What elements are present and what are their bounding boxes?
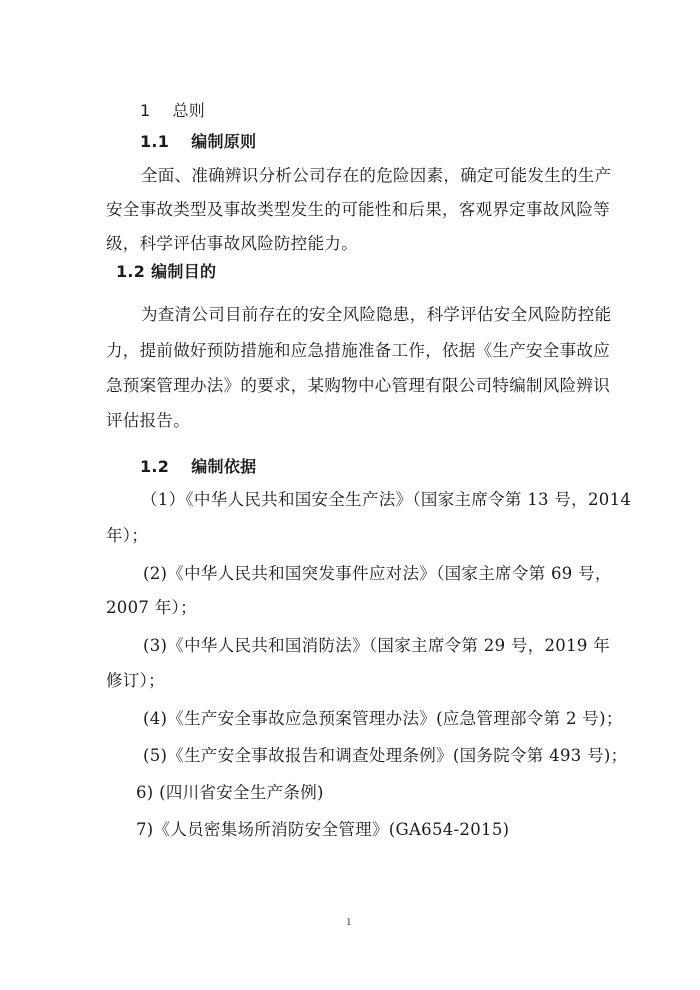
paragraph-line: 级，科学评估事故风险防控能力。 xyxy=(106,234,358,254)
section-number: 1.1 xyxy=(140,132,169,151)
section-number: 1 xyxy=(140,101,150,120)
basis-item-line: 修订）； xyxy=(106,671,165,691)
section-title: 编制目的 xyxy=(151,262,216,281)
paragraph-line: 为查清公司目前存在的安全风险隐患，科学评估安全风险防控能 xyxy=(141,305,611,325)
document-page: 1总则 1.1编制原则 全面、准确辨识分析公司存在的危险因素，确定可能发生的生产… xyxy=(0,0,700,990)
paragraph-line: 评估报告。 xyxy=(106,411,190,431)
section-heading-1-2-purpose: 1.2 编制目的 xyxy=(116,262,216,282)
section-title: 总则 xyxy=(172,101,205,120)
paragraph-line: 急预案管理办法》的要求，某购物中心管理有限公司特编制风险辨识 xyxy=(106,376,610,396)
basis-item-line: （1）《中华人民共和国安全生产法》（国家主席令第 13 号，2014 xyxy=(141,490,631,510)
paragraph-line: 力，提前做好预防措施和应急措施准备工作，依据《生产安全事故应 xyxy=(106,341,610,361)
basis-item-line: 6) (四川省安全生产条例) xyxy=(136,783,324,803)
section-title: 编制依据 xyxy=(191,457,256,476)
basis-item-line: (3)《中华人民共和国消防法》（国家主席令第 29 号，2019 年 xyxy=(143,636,610,656)
basis-item-line: (2)《中华人民共和国突发事件应对法》（国家主席令第 69 号， xyxy=(143,564,612,584)
paragraph-line: 安全事故类型及事故类型发生的可能性和后果，客观界定事故风险等 xyxy=(106,200,610,220)
section-title: 编制原则 xyxy=(191,132,256,151)
basis-item-line: (5)《生产安全事故报告和调查处理条例》(国务院令第 493 号)； xyxy=(143,746,627,766)
section-number: 1.2 xyxy=(140,457,169,476)
basis-item-line: 年）； xyxy=(106,526,148,546)
basis-item-line: (4)《生产安全事故应急预案管理办法》(应急管理部令第 2 号)； xyxy=(143,709,623,729)
section-number: 1.2 xyxy=(116,262,145,281)
page-number: 1 xyxy=(346,916,352,928)
paragraph-line: 全面、准确辨识分析公司存在的危险因素，确定可能发生的生产 xyxy=(141,166,598,186)
basis-item-line: 2007 年）； xyxy=(106,598,197,618)
section-heading-1-2-basis: 1.2编制依据 xyxy=(140,457,256,477)
basis-item-line: 7)《人员密集场所消防安全管理》(GA654-2015) xyxy=(136,820,509,840)
section-heading-1: 1总则 xyxy=(140,101,205,121)
section-heading-1-1: 1.1编制原则 xyxy=(140,132,256,152)
